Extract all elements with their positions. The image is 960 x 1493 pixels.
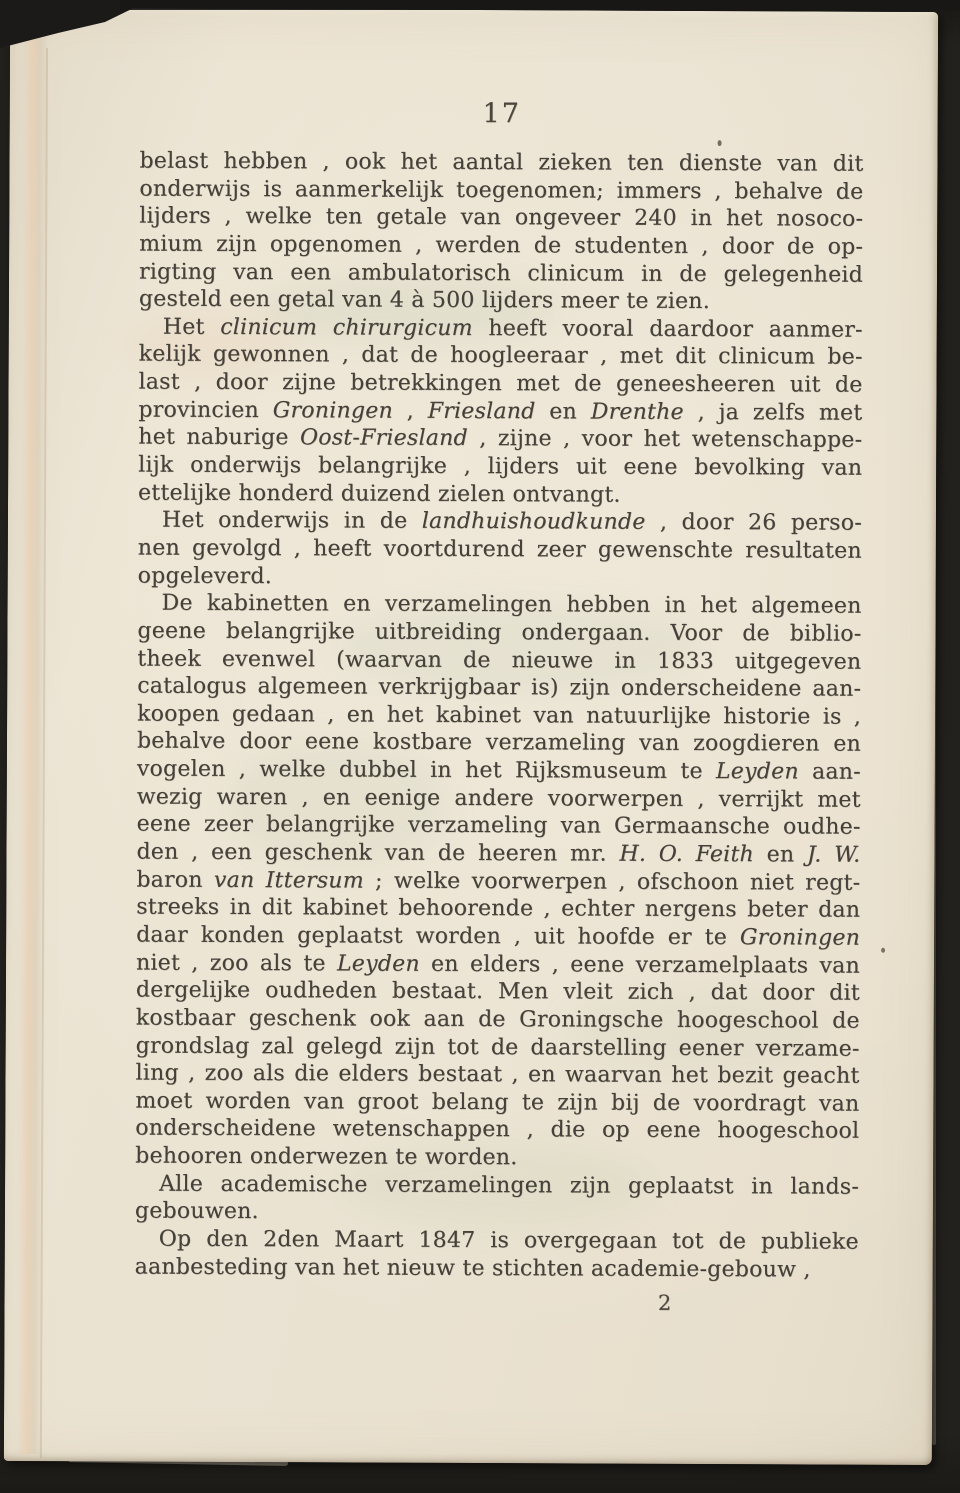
text-segment: wezig waren , en eenige andere voorwerpe… [137, 784, 861, 812]
text-segment: eene zeer belangrijke verzameling van Ge… [137, 812, 861, 840]
text-line: provincien Groningen , Friesland en Dren… [138, 396, 862, 427]
text-line: onderwijs is aanmerkelijk toegenomen; im… [139, 175, 863, 206]
text-segment: ling , zoo als die elders bestaat , en w… [135, 1061, 859, 1089]
text-line: den , een geschenk van de heeren mr. H. … [136, 839, 860, 870]
text-segment: het naburige [138, 425, 300, 451]
text-segment: onderscheidene wetenschappen , die op ee… [135, 1116, 859, 1144]
text-segment: kelijk gewonnen , dat de hoogleeraar , m… [139, 342, 863, 370]
text-line: kelijk gewonnen , dat de hoogleeraar , m… [139, 341, 863, 372]
text-line: belast hebben , ook het aantal zieken te… [139, 148, 863, 179]
text-segment: opgeleverd. [138, 563, 272, 589]
signature-mark: 2 [624, 1291, 704, 1315]
text-line: De kabinetten en verzamelingen hebben in… [138, 590, 862, 621]
italic-text-segment: Leyden [716, 759, 799, 784]
text-segment: aanbesteding van het nieuw te stichten a… [135, 1254, 811, 1282]
text-segment: catalogus algemeen verkrijgbaar is) zijn… [137, 674, 861, 702]
text-segment: De kabinetten en verzamelingen hebben in… [162, 591, 862, 619]
ink-speck [881, 948, 885, 953]
text-line: behooren onderwezen te worden. [135, 1143, 859, 1174]
text-segment: mium zijn opgenomen , werden de studente… [139, 231, 863, 259]
text-line: lijk onderwijs belangrijke , lijders uit… [138, 452, 862, 483]
text-line: wezig waren , en eenige andere voorwerpe… [137, 783, 861, 814]
text-segment: kostbaar geschenk ook aan de Groningsche… [136, 1005, 860, 1033]
italic-text-segment: H. O. Feith [619, 842, 754, 868]
text-segment: koopen gedaan , en het kabinet van natuu… [137, 701, 861, 729]
text-segment: provincien [138, 397, 272, 423]
text-segment: , door 26 perso- [645, 510, 861, 536]
text-segment: en [535, 399, 590, 424]
text-line: ettelijke honderd duizend zielen ontvang… [138, 479, 862, 510]
text-segment: ; welke voorwerpen , ofschoon niet regt- [364, 868, 861, 895]
text-line: Het clinicum chirurgicum heeft vooral da… [139, 313, 863, 344]
text-segment: lijk onderwijs belangrijke , lijders uit… [138, 453, 862, 481]
text-segment: onderwijs is aanmerkelijk toegenomen; im… [139, 176, 863, 204]
text-line: moet worden van groot belang te zijn bij… [135, 1087, 859, 1118]
italic-text-segment: landhuishoudkunde [422, 509, 646, 535]
text-segment: behooren onderwezen te worden. [135, 1144, 517, 1171]
text-line: aanbesteding van het nieuw te stichten a… [135, 1253, 859, 1284]
text-segment: Alle academische verzamelingen zijn gepl… [159, 1171, 859, 1199]
text-segment: en [754, 842, 807, 867]
text-line: baron van Ittersum ; welke voorwerpen , … [136, 866, 860, 897]
text-line: niet , zoo als te Leyden en elders , een… [136, 949, 860, 980]
text-segment: ettelijke honderd duizend zielen ontvang… [138, 480, 621, 507]
text-segment: daar konden geplaatst worden , uit hoofd… [136, 922, 740, 950]
text-line: koopen gedaan , en het kabinet van natuu… [137, 700, 861, 731]
italic-text-segment: Drenthe [591, 399, 684, 424]
text-line: Alle academische verzamelingen zijn gepl… [135, 1170, 859, 1201]
text-segment: behalve door eene kostbare verzameling v… [137, 729, 861, 757]
text-segment: theek evenwel (waarvan de nieuwe in 1833… [137, 646, 861, 674]
ink-speck [718, 140, 722, 146]
text-segment: Op den 2den Maart 1847 is overgegaan tot… [159, 1227, 859, 1255]
text-segment: lijders , welke ten getale van ongeveer … [139, 204, 863, 232]
text-line: streeks in dit kabinet behoorende , echt… [136, 894, 860, 925]
text-segment: aan- [799, 760, 861, 785]
text-segment: moet worden van groot belang te zijn bij… [135, 1088, 859, 1116]
text-line: kostbaar geschenk ook aan de Groningsche… [136, 1004, 860, 1035]
italic-text-segment: Friesland [428, 399, 536, 424]
italic-text-segment: Groningen [273, 398, 393, 424]
text-line: lijders , welke ten getale van ongeveer … [139, 203, 863, 234]
text-segment: niet , zoo als te [136, 950, 337, 976]
text-line: mium zijn opgenomen , werden de studente… [139, 230, 863, 261]
text-segment: dergelijke oudheden bestaat. Men vleit z… [136, 978, 860, 1006]
text-segment: rigting van een ambulatorisch clinicum i… [139, 259, 863, 287]
book-page: 17 belast hebben , ook het aantal zieken… [4, 8, 938, 1465]
text-line: daar konden geplaatst worden , uit hoofd… [136, 921, 860, 952]
text-segment: heeft vooral daardoor aanmer- [473, 316, 863, 343]
text-line: vogelen , welke dubbel in het Rijksmuseu… [137, 756, 861, 787]
text-segment: streeks in dit kabinet behoorende , echt… [136, 895, 860, 923]
text-line: gebouwen. [135, 1198, 859, 1229]
text-line: catalogus algemeen verkrijgbaar is) zijn… [137, 673, 861, 704]
text-line: nen gevolgd , heeft voortdurend zeer gew… [138, 535, 862, 566]
text-segment: , [393, 398, 428, 423]
italic-text-segment: Groningen [740, 925, 860, 951]
text-segment: nen gevolgd , heeft voortdurend zeer gew… [138, 536, 862, 564]
text-line: grondslag zal gelegd zijn tot de daarste… [136, 1032, 860, 1063]
text-segment: belast hebben , ook het aantal zieken te… [139, 149, 863, 177]
text-segment: last , door zijne betrekkingen met de ge… [138, 370, 862, 398]
text-line: Op den 2den Maart 1847 is overgegaan tot… [135, 1226, 859, 1257]
text-line: last , door zijne betrekkingen met de ge… [138, 369, 862, 400]
body-text-block: belast hebben , ook het aantal zieken te… [135, 148, 864, 1284]
page-number: 17 [140, 97, 864, 131]
text-line: ling , zoo als die elders bestaat , en w… [135, 1060, 859, 1091]
text-segment: geene belangrijke uitbreiding ondergaan.… [137, 618, 861, 646]
text-line: gesteld een getal van 4 à 500 lijders me… [139, 286, 863, 317]
text-segment: vogelen , welke dubbel in het Rijksmuseu… [137, 757, 716, 785]
text-segment: gesteld een getal van 4 à 500 lijders me… [139, 287, 710, 314]
text-line: behalve door eene kostbare verzameling v… [137, 728, 861, 759]
italic-text-segment: van Ittersum [214, 868, 364, 894]
text-segment: , ja zelfs met [684, 400, 863, 426]
text-segment: gebouwen. [135, 1199, 259, 1225]
text-segment: den , een geschenk van de heeren mr. [136, 840, 619, 867]
text-line: theek evenwel (waarvan de nieuwe in 1833… [137, 645, 861, 676]
text-line: dergelijke oudheden bestaat. Men vleit z… [136, 977, 860, 1008]
text-line: geene belangrijke uitbreiding ondergaan.… [137, 617, 861, 648]
text-line: het naburige Oost-Friesland , zijne , vo… [138, 424, 862, 455]
text-segment: grondslag zal gelegd zijn tot de daarste… [136, 1033, 860, 1061]
text-line: onderscheidene wetenschappen , die op ee… [135, 1115, 859, 1146]
text-segment: , zijne , voor het wetenschappe- [468, 426, 863, 453]
italic-text-segment: Oost-Friesland [300, 426, 468, 452]
text-segment: Het [163, 314, 221, 339]
text-line: Het onderwijs in de landhuishoudkunde , … [138, 507, 862, 538]
text-line: rigting van een ambulatorisch clinicum i… [139, 258, 863, 289]
text-segment: Het onderwijs in de [162, 508, 422, 534]
text-line: eene zeer belangrijke verzameling van Ge… [137, 811, 861, 842]
italic-text-segment: Leyden [337, 951, 420, 976]
text-line: opgeleverd. [138, 562, 862, 593]
text-segment: en elders , eene verzamelplaats van [420, 951, 860, 978]
book-scan-photo: 17 belast hebben , ook het aantal zieken… [0, 0, 960, 1493]
photo-dark-top-edge [120, 0, 960, 10]
text-segment: baron [136, 867, 214, 892]
italic-text-segment: clinicum chirurgicum [220, 315, 473, 341]
italic-text-segment: J. W. [807, 842, 861, 867]
